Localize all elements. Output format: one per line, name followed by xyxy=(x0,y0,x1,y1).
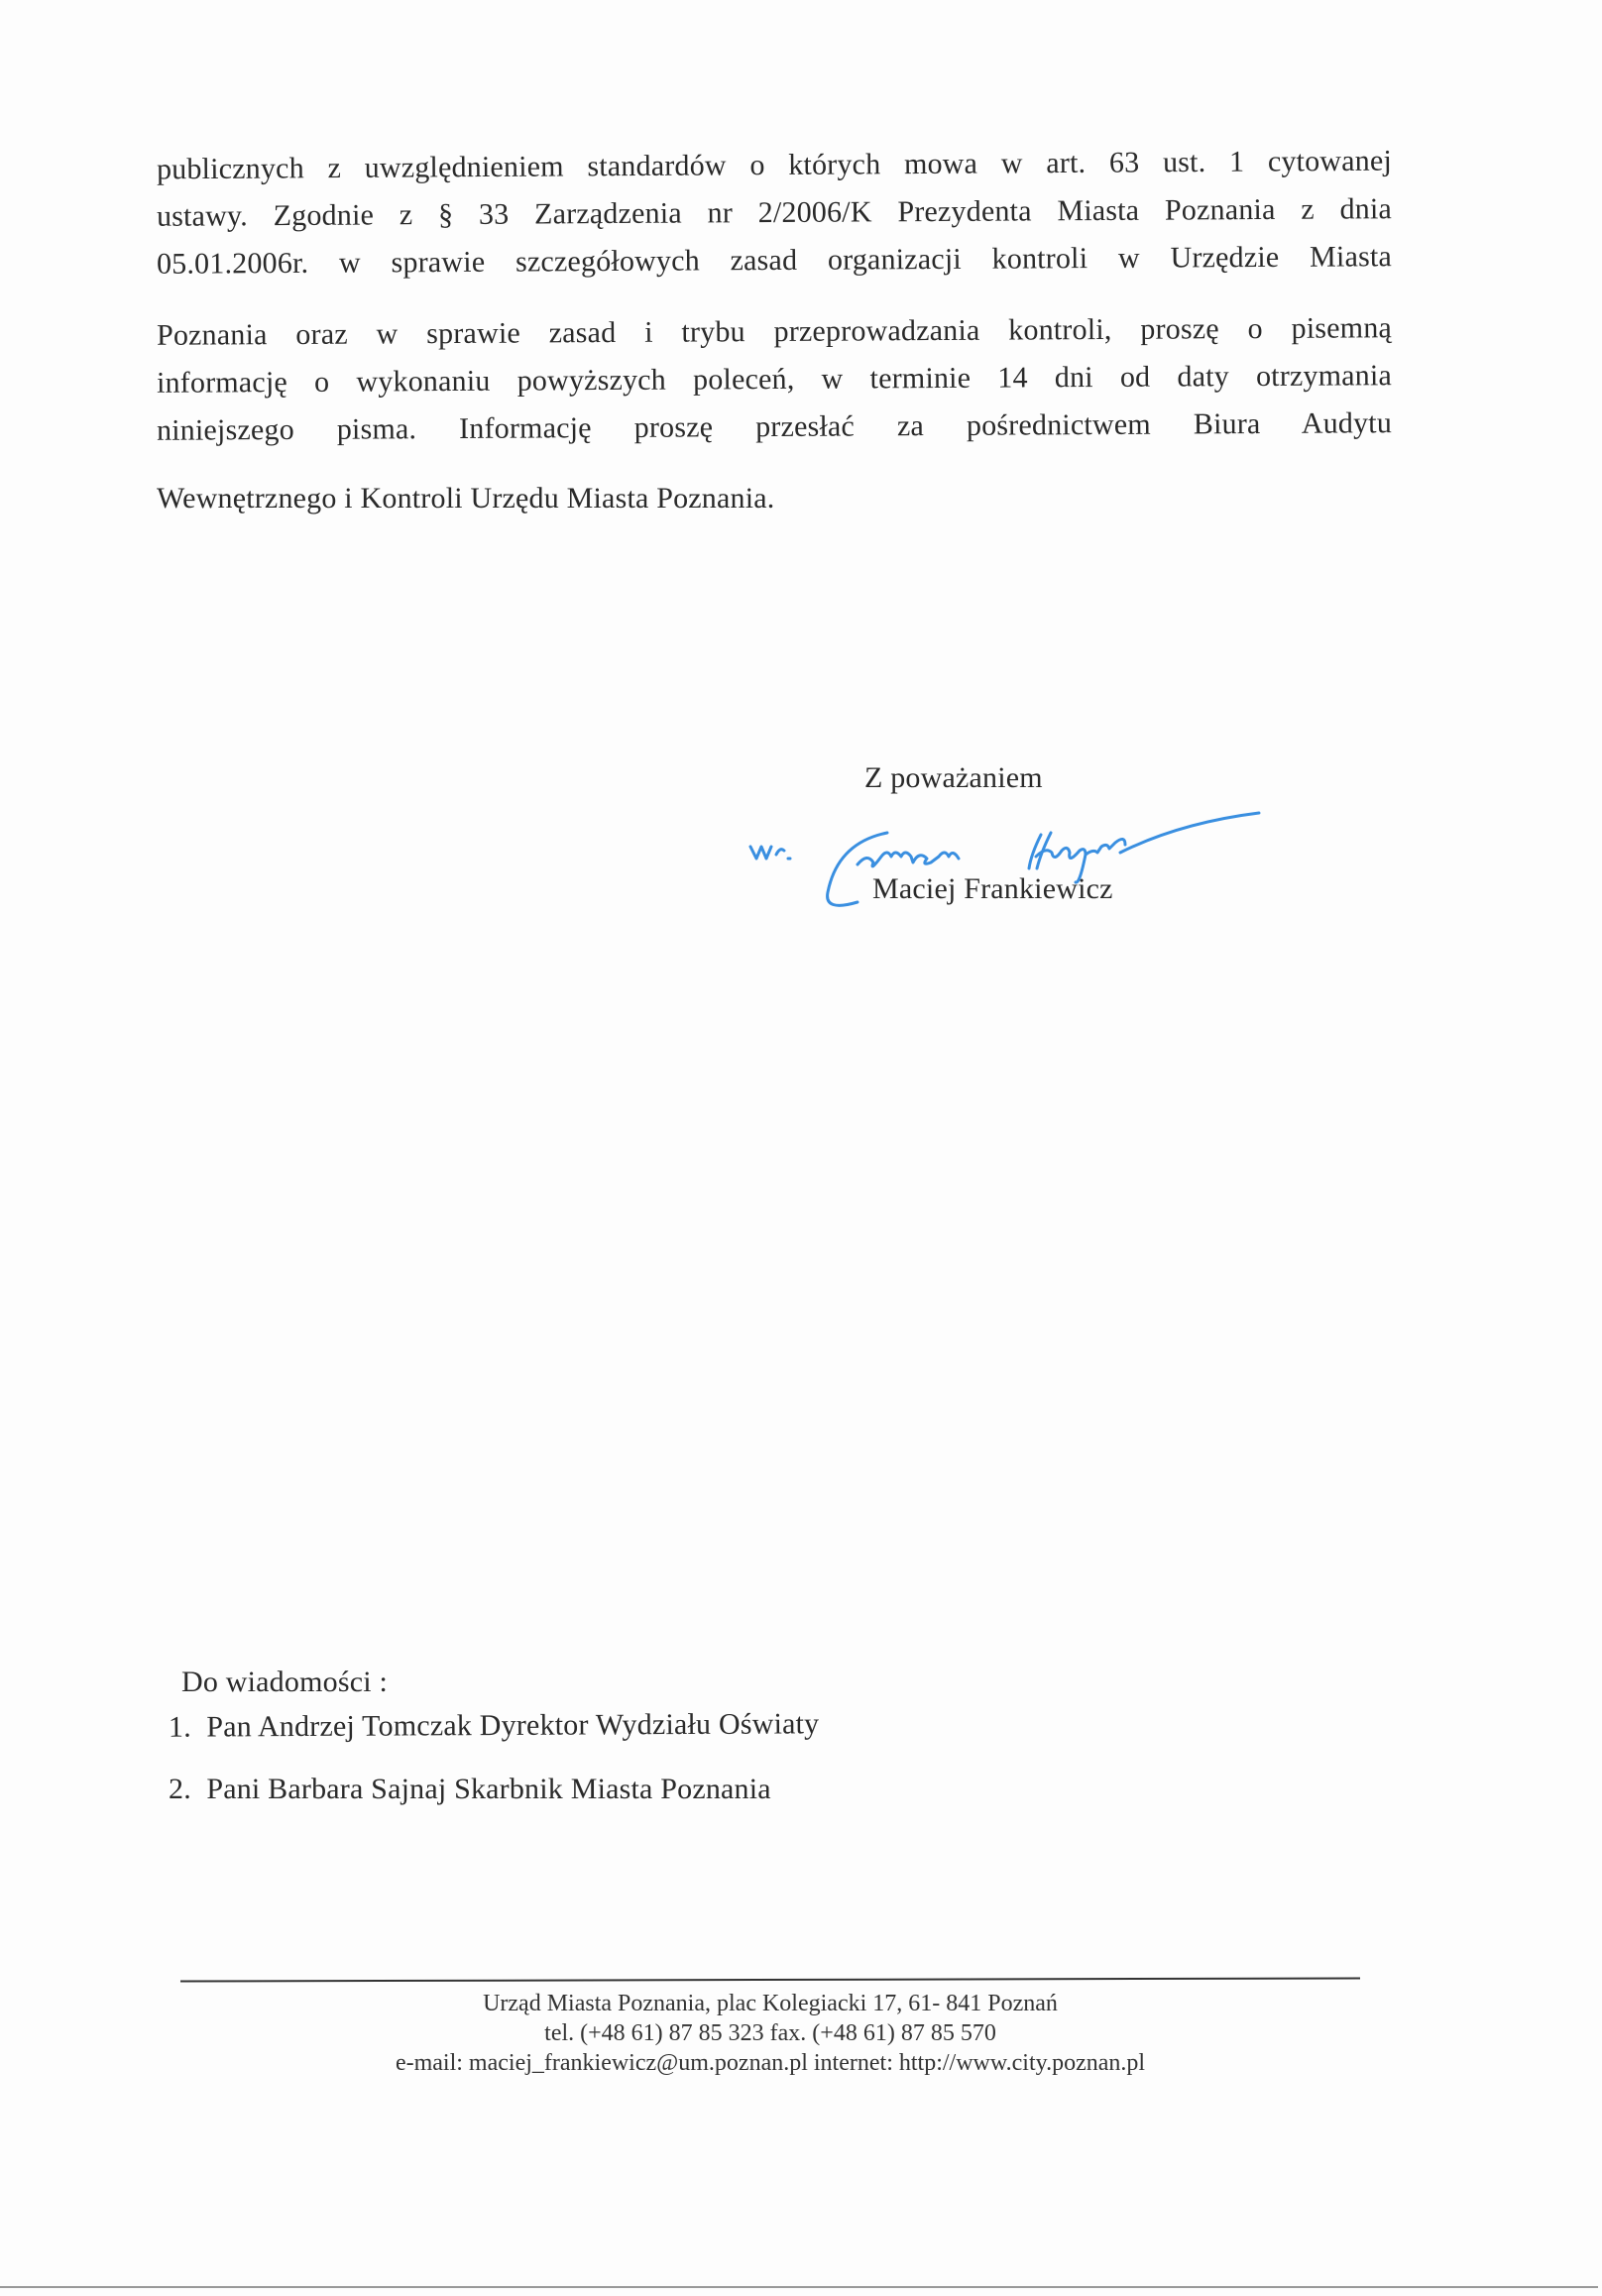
body-line: Poznania oraz w sprawie zasad i trybu pr… xyxy=(157,311,1392,353)
footer-phones: tel. (+48 61) 87 85 323 fax. (+48 61) 87… xyxy=(180,2020,1360,2047)
body-line: niniejszego pisma. Informację proszę prz… xyxy=(157,406,1392,448)
body-line: Wewnętrznego i Kontroli Urzędu Miasta Po… xyxy=(157,482,1392,516)
signer-name: Maciej Frankiewicz xyxy=(872,872,1113,906)
body-line: 05.01.2006r. w sprawie szczegółowych zas… xyxy=(157,240,1392,282)
footer-address: Urząd Miasta Poznania, plac Kolegiacki 1… xyxy=(180,1991,1360,2017)
cc-text: Pan Andrzej Tomczak Dyrektor Wydziału Oś… xyxy=(206,1707,819,1743)
cc-heading: Do wiadomości : xyxy=(181,1665,388,1699)
cc-recipient: 1. Pan Andrzej Tomczak Dyrektor Wydziału… xyxy=(169,1707,819,1744)
scan-edge-line xyxy=(0,2286,1598,2288)
cc-number: 2. xyxy=(169,1773,191,1805)
footer-contact: e-mail: maciej_frankiewicz@um.poznan.pl … xyxy=(180,2050,1360,2077)
cc-number: 1. xyxy=(169,1711,191,1744)
body-line: informację o wykonaniu powyższych polece… xyxy=(157,359,1392,401)
body-line: publicznych z uwzględnieniem standardów … xyxy=(157,145,1392,187)
body-line: ustawy. Zgodnie z § 33 Zarządzenia nr 2/… xyxy=(157,192,1392,234)
cc-text: Pani Barbara Sajnaj Skarbnik Miasta Pozn… xyxy=(206,1773,771,1805)
footer-divider xyxy=(180,1977,1360,1982)
cc-recipient: 2. Pani Barbara Sajnaj Skarbnik Miasta P… xyxy=(169,1773,771,1806)
closing-phrase: Z poważaniem xyxy=(864,761,1043,795)
